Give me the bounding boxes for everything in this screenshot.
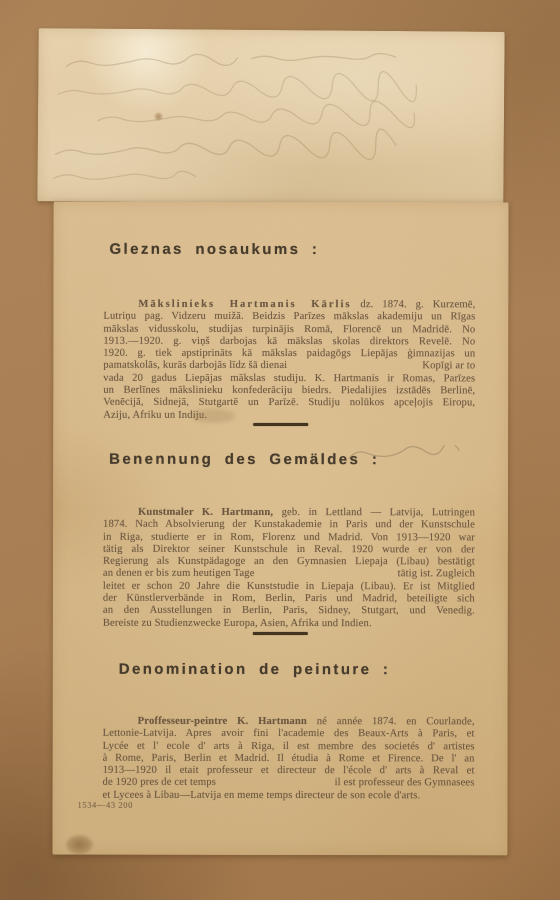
handwritten-note-paper xyxy=(37,28,504,205)
text-line: an denen er bis zum heutigen Tagetätig i… xyxy=(103,568,475,581)
text-line: leitet er schon 20 Jahre die Kunststudie… xyxy=(103,580,475,593)
text-line: pamatskolās, kurās darbojās līdz šā dien… xyxy=(103,360,475,373)
paragraph-latvian: Mākslinieks Hartmanis Kārlis dz. 1874. g… xyxy=(103,299,475,423)
text-line: Proffesseur-peintre K. Hartmann né année… xyxy=(103,716,475,729)
text-line: Lettonie-Latvija. Apres avoir fini l'aca… xyxy=(103,728,475,741)
section-heading-latvian: Gleznas nosaukums : xyxy=(109,242,319,257)
text-line: 1874. Nach Absolvierung der Kunstakademi… xyxy=(103,519,475,532)
text-line: der Künstlerverbände in Rom, Berlin, Par… xyxy=(103,593,475,606)
printers-code: 1534—43 200 xyxy=(78,800,134,810)
text-line: Mākslinieks Hartmanis Kārlis dz. 1874. g… xyxy=(103,299,475,312)
text-line: Venēcijā, Sidnejā, Stutgartē un Parīzē. … xyxy=(103,397,475,410)
paragraph-german: Kunstmaler K. Hartmann, geb. in Lettland… xyxy=(103,507,475,631)
text-line: in Riga, studierte er in Rom, Florenz un… xyxy=(103,531,475,544)
faint-handwriting xyxy=(37,28,504,205)
text-line: de 1920 pres de cet tempsil est professe… xyxy=(103,777,475,790)
paragraph-french: Proffesseur-peintre K. Hartmann né année… xyxy=(103,716,475,803)
text-line: et Lycees à Libau—Latvija en meme temps … xyxy=(103,789,475,802)
section-divider xyxy=(253,632,308,635)
text-line: Bereiste zu Studienzwecke Europa, Asien,… xyxy=(103,617,475,630)
text-line: 1913.—1920. g. viņš darbojas kā mākslas … xyxy=(103,336,475,349)
ink-smudge xyxy=(191,409,235,423)
text-line: Regierung als Kunstpädagoge an den Gymna… xyxy=(103,556,475,569)
text-line: 1920. g. tiek apstiprināts kā mākslas pa… xyxy=(103,348,475,361)
text-line: an den Ausstellungen in Berlin, Paris, S… xyxy=(103,605,475,618)
text-line: tätig als Direktor seiner Kunstschule in… xyxy=(103,544,475,557)
text-line: Lutriņu pag. Vidzeru muižā. Beidzis Parī… xyxy=(103,311,475,324)
ink-spot xyxy=(154,112,163,121)
section-heading-french: Denomination de peinture : xyxy=(119,662,391,677)
text-line: un Berlīnes mākslinieku konfederāciju bi… xyxy=(103,385,475,398)
text-line: mākslas vidusskolu, studijas turpinājis … xyxy=(103,323,475,336)
stain xyxy=(65,835,93,855)
photo-of-painting-back: Gleznas nosaukums : Mākslinieks Hartmani… xyxy=(0,0,560,900)
text-line: Aziju, Afriku un Indiju. xyxy=(103,409,475,422)
text-line: 1913—1920 il etait professeur et directe… xyxy=(103,765,475,778)
printed-artist-label: Gleznas nosaukums : Mākslinieks Hartmani… xyxy=(52,202,508,856)
text-line: Kunstmaler K. Hartmann, geb. in Lettland… xyxy=(103,507,475,520)
text-line: vada 20 gadus Liepājas mākslas studiju. … xyxy=(103,372,475,385)
faint-pencil-annotation xyxy=(345,445,465,465)
text-line: Lycée et l' ecole d' arts à Riga, il est… xyxy=(103,740,475,753)
text-line: à Rome, Paris, Berlin et Madrid. Il étud… xyxy=(103,753,475,766)
section-heading-german: Benennung des Gemäldes : xyxy=(109,452,379,467)
section-divider xyxy=(253,423,308,426)
